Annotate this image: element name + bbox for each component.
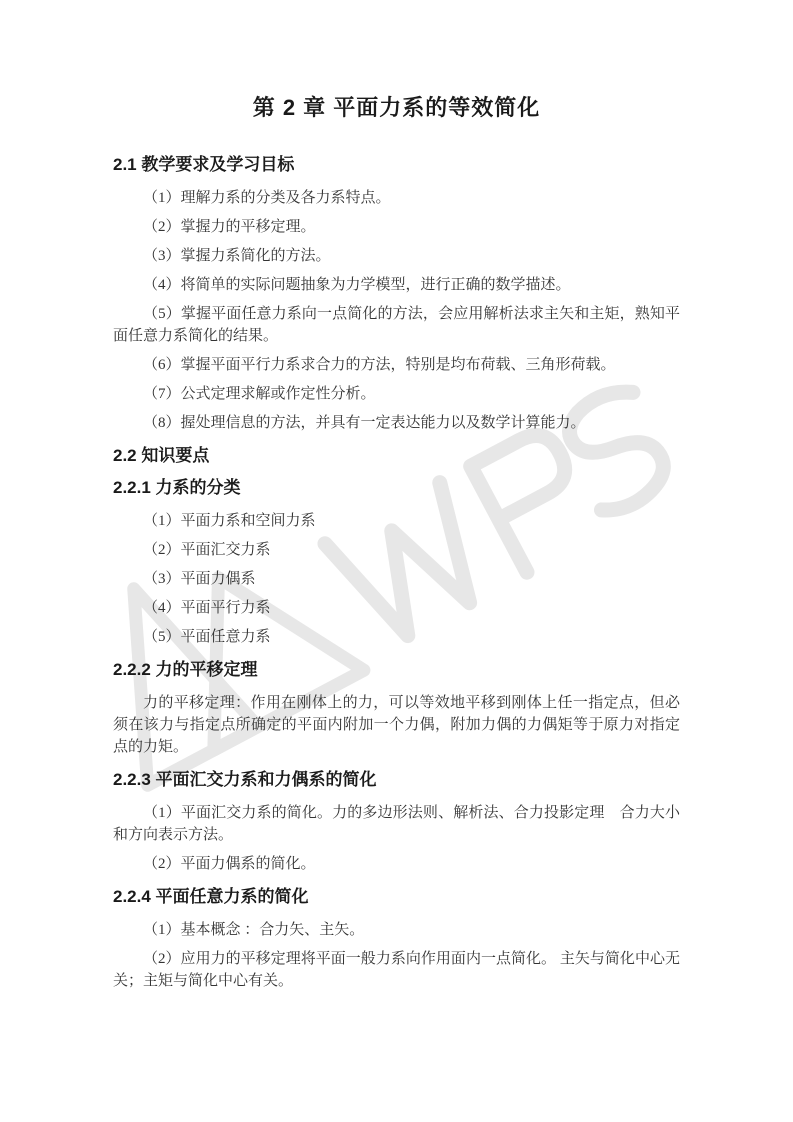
list-item: （2）平面汇交力系	[113, 539, 680, 561]
list-item: （2）平面力偶系的简化。	[113, 853, 680, 875]
list-item: （4）将简单的实际问题抽象为力学模型，进行正确的数学描述。	[113, 274, 680, 296]
list-item: （1）平面汇交力系的简化。力的多边形法则、解析法、合力投影定理 合力大小和方向表…	[113, 802, 680, 846]
list-item: （2）掌握力的平移定理。	[113, 216, 680, 238]
heading-2-2-2: 2.2.2 力的平移定理	[113, 660, 680, 680]
list-item: （7）公式定理求解或作定性分析。	[113, 383, 680, 405]
page-content: 第 2 章 平面力系的等效简化 2.1 教学要求及学习目标 （1）理解力系的分类…	[0, 0, 793, 992]
heading-2-2-4: 2.2.4 平面任意力系的简化	[113, 887, 680, 907]
heading-2-2-3: 2.2.3 平面汇交力系和力偶系的简化	[113, 770, 680, 790]
list-item: （1）理解力系的分类及各力系特点。	[113, 187, 680, 209]
heading-2-2: 2.2 知识要点	[113, 446, 680, 466]
list-item: （1）基本概念 ：合力矢、主矢。	[113, 919, 680, 941]
list-item: （4）平面平行力系	[113, 597, 680, 619]
chapter-title: 第 2 章 平面力系的等效简化	[113, 95, 680, 121]
list-item: （6）掌握平面平行力系求合力的方法，特别是均布荷载、三角形荷载。	[113, 354, 680, 376]
list-item: （5）掌握平面任意力系向一点简化的方法，会应用解析法求主矢和主矩，熟知平面任意力…	[113, 303, 680, 347]
list-item: （8）握处理信息的方法，并具有一定表达能力以及数学计算能力。	[113, 412, 680, 434]
list-item: （5）平面任意力系	[113, 626, 680, 648]
heading-2-2-1: 2.2.1 力系的分类	[113, 478, 680, 498]
heading-2-1: 2.1 教学要求及学习目标	[113, 155, 680, 175]
list-item: （3）掌握力系简化的方法。	[113, 245, 680, 267]
document-page: WPS 第 2 章 平面力系的等效简化 2.1 教学要求及学习目标 （1）理解力…	[0, 0, 793, 1122]
list-item: （1）平面力系和空间力系	[113, 510, 680, 532]
list-item: （3）平面力偶系	[113, 568, 680, 590]
paragraph: 力的平移定理：作用在刚体上的力，可以等效地平移到刚体上任一指定点，但必须在该力与…	[113, 692, 680, 758]
list-item: （2）应用力的平移定理将平面一般力系向作用面内一点简化。 主矢与简化中心无关；主…	[113, 948, 680, 992]
